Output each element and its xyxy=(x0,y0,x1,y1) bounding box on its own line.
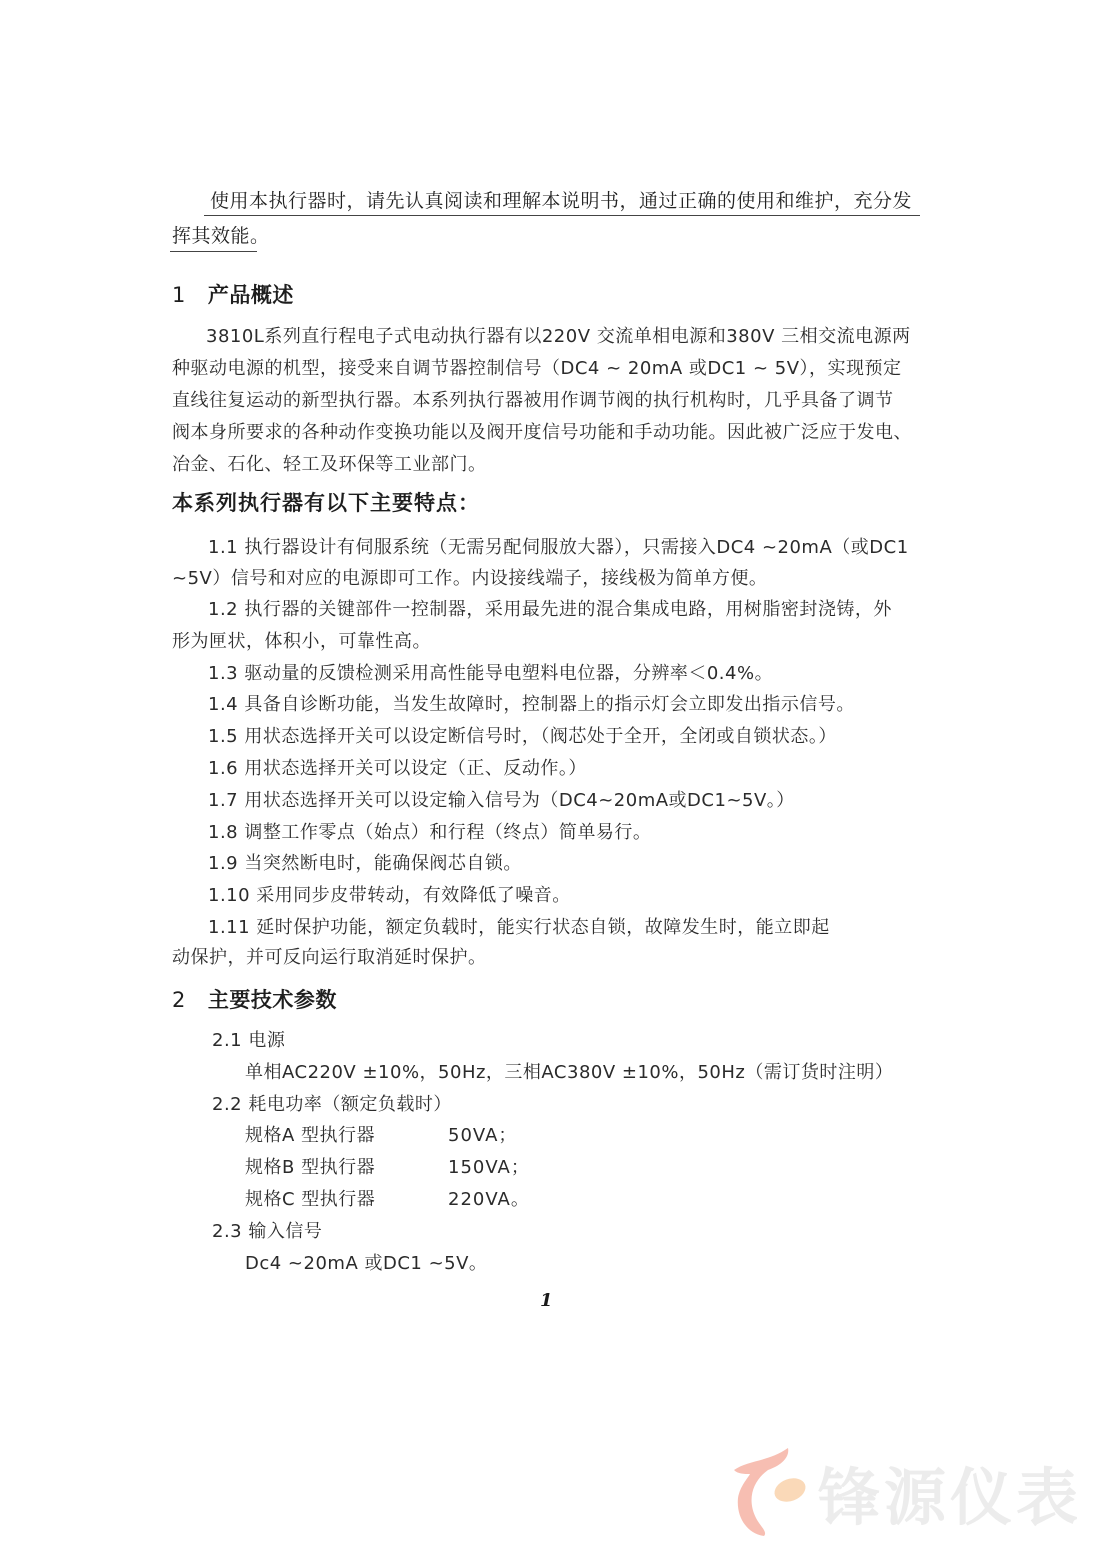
overview-line: 种驱动电源的机型，接受来自调节器控制信号（DC4 ~ 20mA 或DC1 ~ 5… xyxy=(172,357,902,381)
spec-name: 规格C 型执行器 xyxy=(245,1188,375,1212)
spec-value: 50VA； xyxy=(448,1124,517,1148)
document-page: 使用本执行器时，请先认真阅读和理解本说明书，通过正确的使用和维护，充分发 挥其效… xyxy=(0,0,1102,1559)
feature-item: 1.6 用状态选择开关可以设定（正、反动作。） xyxy=(208,757,587,781)
section-1-title: 产品概述 xyxy=(208,283,294,307)
feature-item: 1.4 具备自诊断功能，当发生故障时，控制器上的指示灯会立即发出指示信号。 xyxy=(208,693,855,717)
feature-item: 1.9 当突然断电时，能确保阀芯自锁。 xyxy=(208,852,522,876)
feature-item-cont: 动保护，并可反向运行取消延时保护。 xyxy=(172,946,487,970)
feature-item: 1.2 执行器的关键部件一控制器，采用最先进的混合集成电路，用树脂密封浇铸，外 xyxy=(208,598,892,622)
feature-item-cont: ~5V）信号和对应的电源即可工作。内设接线端子，接线极为简单方便。 xyxy=(172,567,767,591)
intro-underline-2 xyxy=(170,251,257,252)
feature-item: 1.1 执行器设计有伺服系统（无需另配伺服放大器），只需接入DC4 ~20mA（… xyxy=(208,536,909,560)
param-input-signal-label: 2.3 输入信号 xyxy=(212,1220,322,1244)
overview-line: 直线往复运动的新型执行器。本系列执行器被用作调节阀的执行机构时，几乎具备了调节 xyxy=(172,389,894,413)
section-1-number: 1 xyxy=(172,283,186,307)
feature-item: 1.5 用状态选择开关可以设定断信号时，（阀芯处于全开，全闭或自锁状态。） xyxy=(208,725,837,749)
param-input-signal-detail: Dc4 ~20mA 或DC1 ~5V。 xyxy=(245,1252,487,1276)
watermark-text: 锋源仪表 xyxy=(818,1448,1082,1537)
param-power-supply-detail: 单相AC220V ±10%，50Hz，三相AC380V ±10%，50Hz（需订… xyxy=(245,1061,893,1085)
spec-value: 220VA。 xyxy=(448,1188,530,1212)
feature-item-cont: 形为匣状，体积小，可靠性高。 xyxy=(172,630,431,654)
overview-line: 3810L系列直行程电子式电动执行器有以220V 交流单相电源和380V 三相交… xyxy=(206,325,911,349)
feature-item: 1.10 采用同步皮带转动，有效降低了噪音。 xyxy=(208,884,571,908)
overview-line: 阀本身所要求的各种动作变换功能以及阀开度信号功能和手动功能。因此被广泛应于发电、 xyxy=(172,421,912,445)
section-2-title: 主要技术参数 xyxy=(208,988,337,1012)
intro-line-2: 挥其效能。 xyxy=(172,224,270,248)
spec-value: 150VA； xyxy=(448,1156,530,1180)
features-heading: 本系列执行器有以下主要特点： xyxy=(172,491,480,515)
feature-item: 1.8 调整工作零点（始点）和行程（终点）简单易行。 xyxy=(208,821,651,845)
brand-logo-icon xyxy=(728,1440,818,1540)
overview-line: 冶金、石化、轻工及环保等工业部门。 xyxy=(172,453,487,477)
page-number: 1 xyxy=(540,1290,553,1311)
param-power-consumption-label: 2.2 耗电功率（额定负载时） xyxy=(212,1093,452,1117)
feature-item: 1.11 延时保护功能，额定负载时，能实行状态自锁，故障发生时，能立即起 xyxy=(208,916,830,940)
section-1-heading: 1产品概述 xyxy=(172,283,294,307)
feature-item: 1.3 驱动量的反馈检测采用高性能导电塑料电位器，分辨率＜0.4%。 xyxy=(208,662,773,686)
watermark: 锋源仪表 xyxy=(728,1440,1088,1540)
feature-item: 1.7 用状态选择开关可以设定输入信号为（DC4~20mA或DC1~5V。） xyxy=(208,789,795,813)
param-power-supply-label: 2.1 电源 xyxy=(212,1029,285,1053)
intro-line-1: 使用本执行器时，请先认真阅读和理解本说明书，通过正确的使用和维护，充分发 xyxy=(210,189,912,213)
spec-name: 规格A 型执行器 xyxy=(245,1124,375,1148)
section-2-number: 2 xyxy=(172,988,186,1012)
section-2-heading: 2主要技术参数 xyxy=(172,988,337,1012)
spec-name: 规格B 型执行器 xyxy=(245,1156,375,1180)
intro-underline-1 xyxy=(204,215,920,216)
